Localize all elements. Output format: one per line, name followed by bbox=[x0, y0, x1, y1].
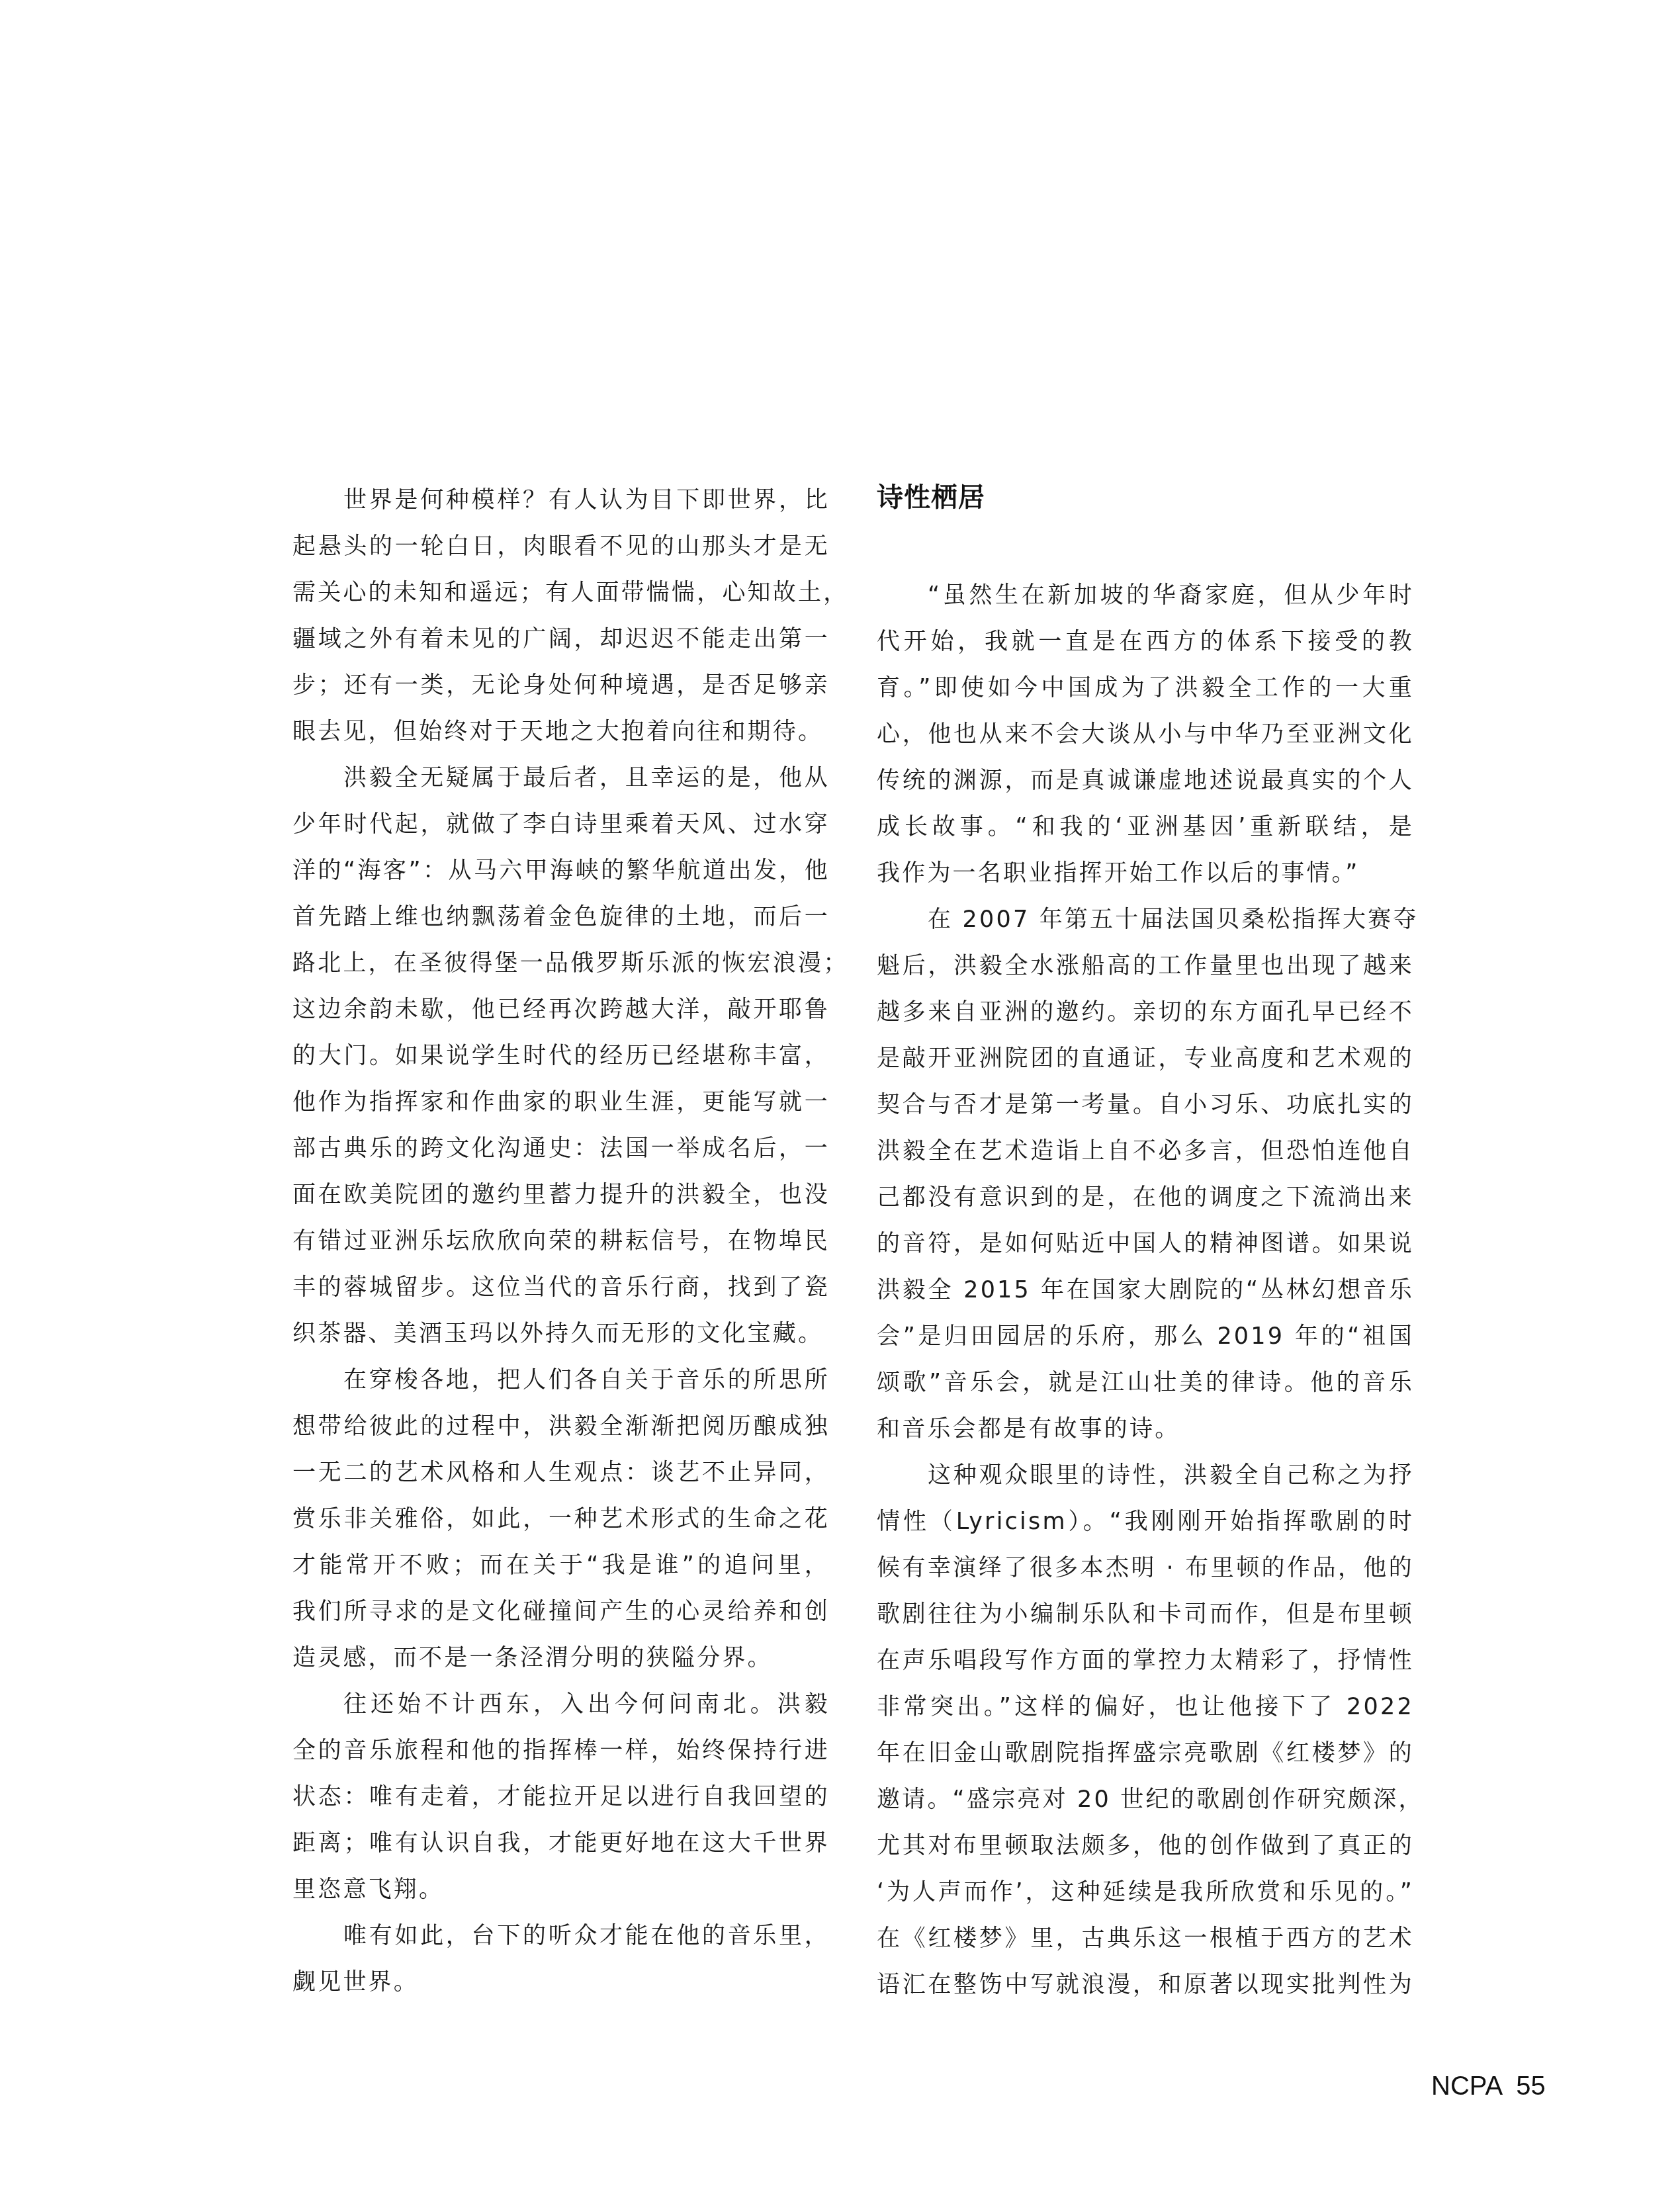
text-line: 世界是何种模样？有人认为目下即世界，比 bbox=[292, 480, 830, 527]
text-line: 全的音乐旅程和他的指挥棒一样，始终保持行进 bbox=[292, 1731, 830, 1777]
text-line: 部古典乐的跨文化沟通史：法国一举成名后，一 bbox=[292, 1129, 830, 1175]
text-line: 面在欧美院团的邀约里蓄力提升的洪毅全，也没 bbox=[292, 1175, 830, 1221]
text-line: 他作为指挥家和作曲家的职业生涯，更能写就一 bbox=[292, 1082, 830, 1129]
text-line: 路北上，在圣彼得堡一品俄罗斯乐派的恢宏浪漫； bbox=[292, 943, 830, 990]
text-line: 在声乐唱段写作方面的掌控力太精彩了，抒情性 bbox=[877, 1641, 1414, 1687]
text-line: 在《红楼梦》里，古典乐这一根植于西方的艺术 bbox=[877, 1919, 1414, 1965]
text-line: 传统的渊源，而是真诚谦虚地述说最真实的个人 bbox=[877, 761, 1414, 807]
text-line: 一无二的艺术风格和人生观点：谈艺不止异同， bbox=[292, 1453, 830, 1499]
text-line: 有错过亚洲乐坛欣欣向荣的耕耘信号，在物埠民 bbox=[292, 1221, 830, 1268]
text-line: 颂歌”音乐会，就是江山壮美的律诗。他的音乐 bbox=[877, 1363, 1414, 1409]
text-line: 语汇在整饬中写就浪漫，和原著以现实批判性为 bbox=[877, 1965, 1414, 2011]
text-line: 距离；唯有认识自我，才能更好地在这大千世界 bbox=[292, 1823, 830, 1870]
text-line: 赏乐非关雅俗，如此，一种艺术形式的生命之花 bbox=[292, 1499, 830, 1546]
paragraph: 在穿梭各地，把人们各自关于音乐的所思所 想带给彼此的过程中，洪毅全渐渐把阅历酿成… bbox=[292, 1360, 830, 1685]
text-line: 织茶器、美酒玉玛以外持久而无形的文化宝藏。 bbox=[292, 1314, 830, 1360]
publication-name: NCPA bbox=[1431, 2072, 1503, 2101]
text-line: 洪毅全 2015 年在国家大剧院的“丛林幻想音乐 bbox=[877, 1270, 1414, 1317]
text-line: 尤其对布里顿取法颇多，他的创作做到了真正的 bbox=[877, 1826, 1414, 1872]
text-line: 少年时代起，就做了李白诗里乘着天风、过水穿 bbox=[292, 805, 830, 851]
text-line: 代开始，我就一直是在西方的体系下接受的教 bbox=[877, 622, 1414, 668]
text-line: 需关心的未知和遥远；有人面带惴惴，心知故土， bbox=[292, 573, 830, 619]
text-line: 在 2007 年第五十届法国贝桑松指挥大赛夺 bbox=[877, 900, 1414, 946]
text-line: 我们所寻求的是文化碰撞间产生的心灵给养和创 bbox=[292, 1592, 830, 1638]
text-line: 才能常开不败；而在关于“我是谁”的追问里， bbox=[292, 1546, 830, 1592]
text-line: 心，他也从来不会大谈从小与中华乃至亚洲文化 bbox=[877, 715, 1414, 761]
text-line: 己都没有意识到的是，在他的调度之下流淌出来 bbox=[877, 1178, 1414, 1224]
text-line: 契合与否才是第一考量。自小习乐、功底扎实的 bbox=[877, 1085, 1414, 1131]
text-line: 状态：唯有走着，才能拉开足以进行自我回望的 bbox=[292, 1777, 830, 1823]
text-line: 想带给彼此的过程中，洪毅全渐渐把阅历酿成独 bbox=[292, 1407, 830, 1453]
text-line: 这种观众眼里的诗性，洪毅全自己称之为抒 bbox=[877, 1456, 1414, 1502]
right-column: 诗性栖居 “虽然生在新加坡的华裔家庭，但从少年时 代开始，我就一直是在西方的体系… bbox=[877, 480, 1414, 2011]
text-line: 丰的蓉城留步。这位当代的音乐行商，找到了瓷 bbox=[292, 1268, 830, 1314]
text-line: 候有幸演绎了很多本杰明 · 布里顿的作品，他的 bbox=[877, 1548, 1414, 1595]
text-line: 眼去见，但始终对于天地之大抱着向往和期待。 bbox=[292, 712, 830, 758]
text-line: 越多来自亚洲的邀约。亲切的东方面孔早已经不 bbox=[877, 992, 1414, 1039]
text-line: 和音乐会都是有故事的诗。 bbox=[877, 1409, 1414, 1456]
paragraph: 世界是何种模样？有人认为目下即世界，比 起悬头的一轮白日，肉眼看不见的山那头才是… bbox=[292, 480, 830, 758]
text-line: 这边余韵未歇，他已经再次跨越大洋，敲开耶鲁 bbox=[292, 990, 830, 1036]
text-line: 唯有如此，台下的听众才能在他的音乐里， bbox=[292, 1916, 830, 1962]
page-number: 55 bbox=[1516, 2072, 1546, 2101]
page-footer: NCPA55 bbox=[1431, 2072, 1546, 2101]
text-line: 首先踏上维也纳飘荡着金色旋律的土地，而后一 bbox=[292, 897, 830, 943]
text-line: 的大门。如果说学生时代的经历已经堪称丰富， bbox=[292, 1036, 830, 1082]
text-line: 是敲开亚洲院团的直通证，专业高度和艺术观的 bbox=[877, 1039, 1414, 1085]
text-line: 成长故事。“和我的‘亚洲基因’重新联结，是 bbox=[877, 807, 1414, 853]
text-line: 非常突出。”这样的偏好，也让他接下了 2022 bbox=[877, 1687, 1414, 1733]
text-line: 起悬头的一轮白日，肉眼看不见的山那头才是无 bbox=[292, 527, 830, 573]
paragraph: 在 2007 年第五十届法国贝桑松指挥大赛夺 魁后，洪毅全水涨船高的工作量里也出… bbox=[877, 900, 1414, 1456]
text-line: 年在旧金山歌剧院指挥盛宗亮歌剧《红楼梦》的 bbox=[877, 1733, 1414, 1780]
text-line: ‘为人声而作’，这种延续是我所欣赏和乐见的。” bbox=[877, 1872, 1414, 1919]
text-line: 往还始不计西东，入出今何问南北。洪毅 bbox=[292, 1685, 830, 1731]
text-line: 我作为一名职业指挥开始工作以后的事情。” bbox=[877, 853, 1414, 900]
text-line: 的音符，是如何贴近中国人的精神图谱。如果说 bbox=[877, 1224, 1414, 1270]
text-line: 洪毅全在艺术造诣上自不必多言，但恐怕连他自 bbox=[877, 1131, 1414, 1178]
section-heading: 诗性栖居 bbox=[877, 476, 1414, 519]
text-line: 疆域之外有着未见的广阔，却迟迟不能走出第一 bbox=[292, 619, 830, 666]
text-line: 造灵感，而不是一条泾渭分明的狭隘分界。 bbox=[292, 1638, 830, 1685]
text-line: 邀请。“盛宗亮对 20 世纪的歌剧创作研究颇深， bbox=[877, 1780, 1414, 1826]
text-line: 步；还有一类，无论身处何种境遇，是否足够亲 bbox=[292, 666, 830, 712]
text-line: 里恣意飞翔。 bbox=[292, 1870, 830, 1916]
text-line: 在穿梭各地，把人们各自关于音乐的所思所 bbox=[292, 1360, 830, 1407]
paragraph: 唯有如此，台下的听众才能在他的音乐里， 觑见世界。 bbox=[292, 1916, 830, 2009]
text-line: 情性（Lyricism）。“我刚刚开始指挥歌剧的时 bbox=[877, 1502, 1414, 1548]
text-line: 觑见世界。 bbox=[292, 1962, 830, 2009]
text-line: 洋的“海客”：从马六甲海峡的繁华航道出发，他 bbox=[292, 851, 830, 897]
paragraph: 往还始不计西东，入出今何问南北。洪毅 全的音乐旅程和他的指挥棒一样，始终保持行进… bbox=[292, 1685, 830, 1916]
text-line: 育。”即使如今中国成为了洪毅全工作的一大重 bbox=[877, 668, 1414, 715]
text-line: 歌剧往往为小编制乐队和卡司而作，但是布里顿 bbox=[877, 1595, 1414, 1641]
paragraph: 这种观众眼里的诗性，洪毅全自己称之为抒 情性（Lyricism）。“我刚刚开始指… bbox=[877, 1456, 1414, 2011]
text-line: 魁后，洪毅全水涨船高的工作量里也出现了越来 bbox=[877, 946, 1414, 992]
left-column: 世界是何种模样？有人认为目下即世界，比 起悬头的一轮白日，肉眼看不见的山那头才是… bbox=[292, 480, 830, 2009]
text-line: 洪毅全无疑属于最后者，且幸运的是，他从 bbox=[292, 758, 830, 805]
paragraph: “虽然生在新加坡的华裔家庭，但从少年时 代开始，我就一直是在西方的体系下接受的教… bbox=[877, 576, 1414, 900]
paragraph: 洪毅全无疑属于最后者，且幸运的是，他从 少年时代起，就做了李白诗里乘着天风、过水… bbox=[292, 758, 830, 1360]
text-line: “虽然生在新加坡的华裔家庭，但从少年时 bbox=[877, 576, 1414, 622]
text-line: 会”是归田园居的乐府，那么 2019 年的“祖国 bbox=[877, 1317, 1414, 1363]
